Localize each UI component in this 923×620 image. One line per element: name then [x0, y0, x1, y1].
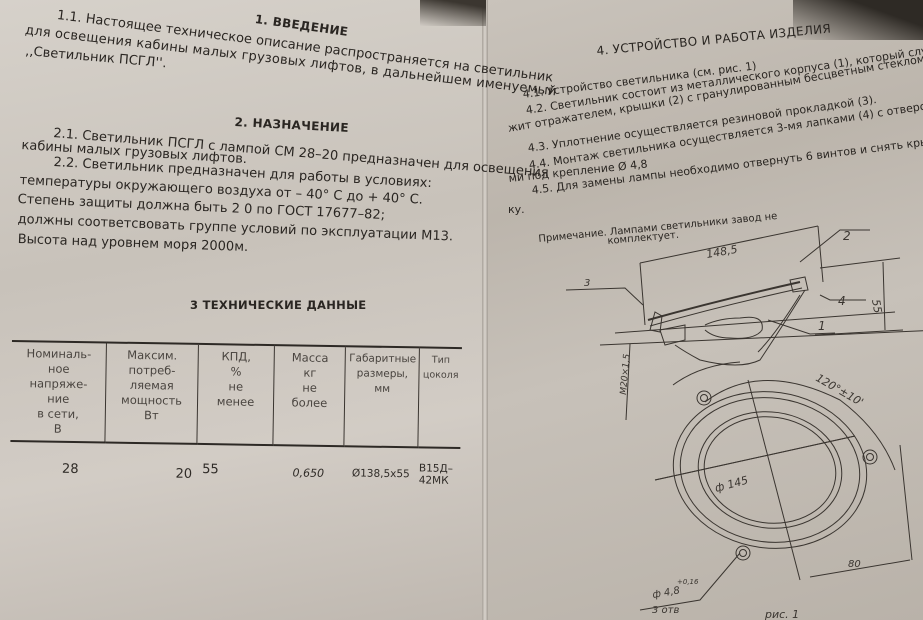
dim-width: 148,5 [705, 243, 738, 261]
luminaire-drawing: 148,5 55 М20×1,5 120°±10' ф 145 80 ф 4,8… [0, 0, 923, 620]
dim-offset: 80 [848, 559, 861, 570]
figure-caption: рис. 1 [764, 608, 799, 620]
dim-diameter: ф 145 [713, 474, 749, 495]
dim-thread: М20×1,5 [619, 353, 633, 395]
dim-hole-count: 3 отв [652, 605, 679, 616]
callout-3: 3 [584, 278, 590, 289]
dim-hole: ф 4,8 [652, 585, 681, 601]
dim-height: 55 [869, 298, 884, 314]
callout-4: 4 [838, 294, 846, 308]
callout-2: 2 [843, 229, 851, 243]
dim-hole-tolerance: +0,16 [677, 578, 699, 586]
callout-1: 1 [818, 319, 826, 333]
dim-angle: 120°±10' [814, 371, 866, 409]
